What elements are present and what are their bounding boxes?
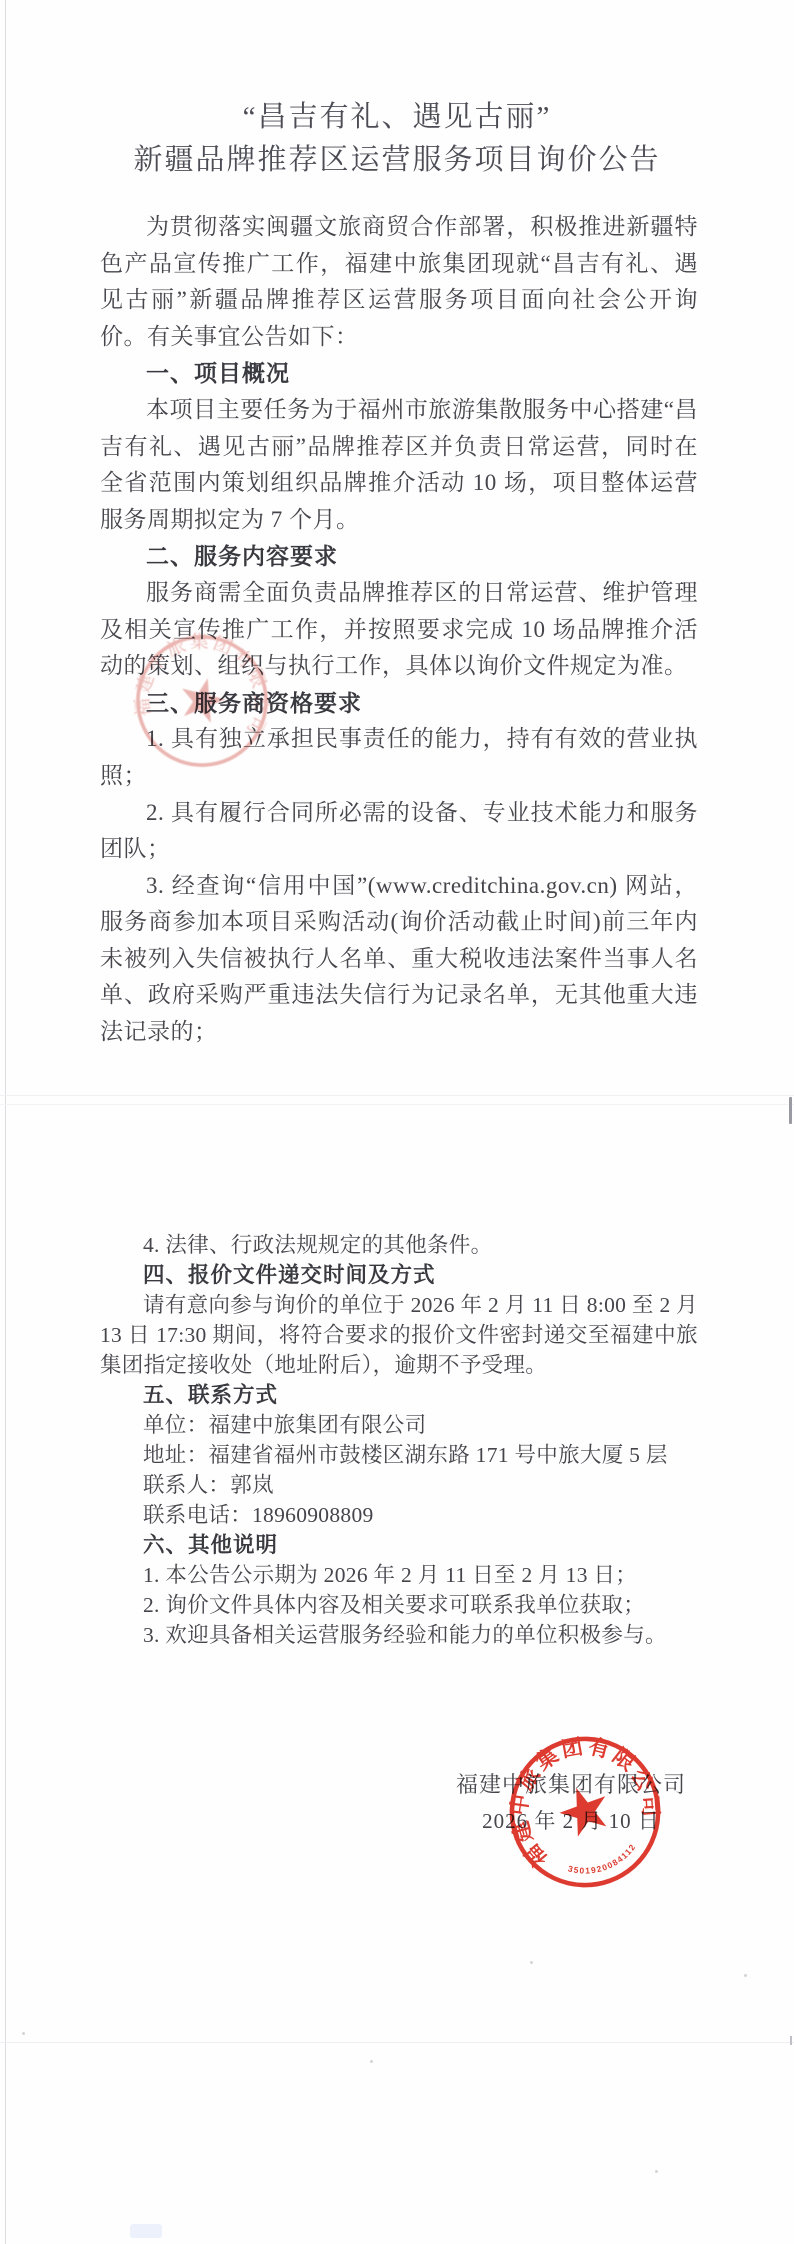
section6-item-2: 2. 询价文件具体内容及相关要求可联系我单位获取； bbox=[100, 1590, 698, 1620]
scan-speck bbox=[530, 1961, 533, 1964]
contact-address: 地址：福建省福州市鼓楼区湖东路 171 号中旅大厦 5 层 bbox=[100, 1440, 698, 1470]
section3-item-2: 2. 具有履行合同所必需的设备、专业技术能力和服务团队； bbox=[100, 795, 698, 868]
section1-heading: 一、项目概况 bbox=[100, 355, 698, 392]
document-body-upper: 为贯彻落实闽疆文旅商贸合作部署，积极推进新疆特色产品宣传推广工作，福建中旅集团现… bbox=[100, 209, 698, 1051]
contact-person: 联系人：郭岚 bbox=[100, 1470, 698, 1500]
scan-line bbox=[0, 1095, 794, 1096]
scan-mark bbox=[789, 1097, 792, 1124]
section3-item-4: 4. 法律、行政法规规定的其他条件。 bbox=[100, 1230, 698, 1260]
scanned-document-page: “昌吉有礼、遇见古丽” 新疆品牌推荐区运营服务项目询价公告 为贯彻落实闽疆文旅商… bbox=[0, 0, 794, 2244]
contact-unit: 单位：福建中旅集团有限公司 bbox=[100, 1410, 698, 1440]
section1-paragraph: 本项目主要任务为于福州市旅游集散服务中心搭建“昌吉有礼、遇见古丽”品牌推荐区并负… bbox=[100, 392, 698, 538]
section5-heading: 五、联系方式 bbox=[100, 1380, 698, 1410]
section2-paragraph: 服务商需全面负责品牌推荐区的日常运营、维护管理及相关宣传推广工作，并按照要求完成… bbox=[100, 575, 698, 685]
scan-line bbox=[0, 1104, 794, 1105]
signature-date: 2026 年 2 月 10 日 bbox=[441, 1803, 701, 1840]
section6-item-3: 3. 欢迎具备相关运营服务经验和能力的单位积极参与。 bbox=[100, 1620, 698, 1650]
signature-block: 福建中旅集团有限公司 2026 年 2 月 10 日 bbox=[441, 1766, 701, 1840]
scan-edge-line bbox=[5, 0, 6, 2244]
signature-company: 福建中旅集团有限公司 bbox=[441, 1766, 701, 1803]
scan-speck bbox=[22, 2032, 25, 2035]
scan-smudge bbox=[130, 2224, 162, 2238]
section6-item-1: 1. 本公告公示期为 2026 年 2 月 11 日至 2 月 13 日； bbox=[100, 1560, 698, 1590]
section3-item-3: 3. 经查询“信用中国”(www.creditchina.gov.cn) 网站，… bbox=[100, 868, 698, 1051]
scan-line bbox=[0, 2042, 794, 2043]
intro-paragraph: 为贯彻落实闽疆文旅商贸合作部署，积极推进新疆特色产品宣传推广工作，福建中旅集团现… bbox=[100, 209, 698, 355]
section4-paragraph: 请有意向参与询价的单位于 2026 年 2 月 11 日 8:00 至 2 月 … bbox=[100, 1290, 698, 1380]
svg-text:3501920084112: 3501920084112 bbox=[564, 1839, 642, 1884]
scan-speck bbox=[744, 1974, 747, 1977]
scan-speck bbox=[655, 2170, 658, 2173]
document-title-line1: “昌吉有礼、遇见古丽” bbox=[0, 96, 794, 139]
seal-number-text: 3501920084112 bbox=[564, 1839, 642, 1884]
section3-item-1: 1. 具有独立承担民事责任的能力，持有有效的营业执照； bbox=[100, 721, 698, 794]
contact-phone: 联系电话：18960908809 bbox=[100, 1500, 698, 1530]
document-body-lower: 4. 法律、行政法规规定的其他条件。 四、报价文件递交时间及方式 请有意向参与询… bbox=[100, 1230, 698, 1650]
section6-heading: 六、其他说明 bbox=[100, 1530, 698, 1560]
section2-heading: 二、服务内容要求 bbox=[100, 538, 698, 575]
document-title: “昌吉有礼、遇见古丽” 新疆品牌推荐区运营服务项目询价公告 bbox=[0, 96, 794, 182]
document-title-line2: 新疆品牌推荐区运营服务项目询价公告 bbox=[0, 139, 794, 182]
section3-heading: 三、服务商资格要求 bbox=[100, 685, 698, 722]
scan-speck bbox=[370, 2060, 373, 2063]
scan-mark bbox=[790, 2036, 792, 2045]
section4-heading: 四、报价文件递交时间及方式 bbox=[100, 1260, 698, 1290]
